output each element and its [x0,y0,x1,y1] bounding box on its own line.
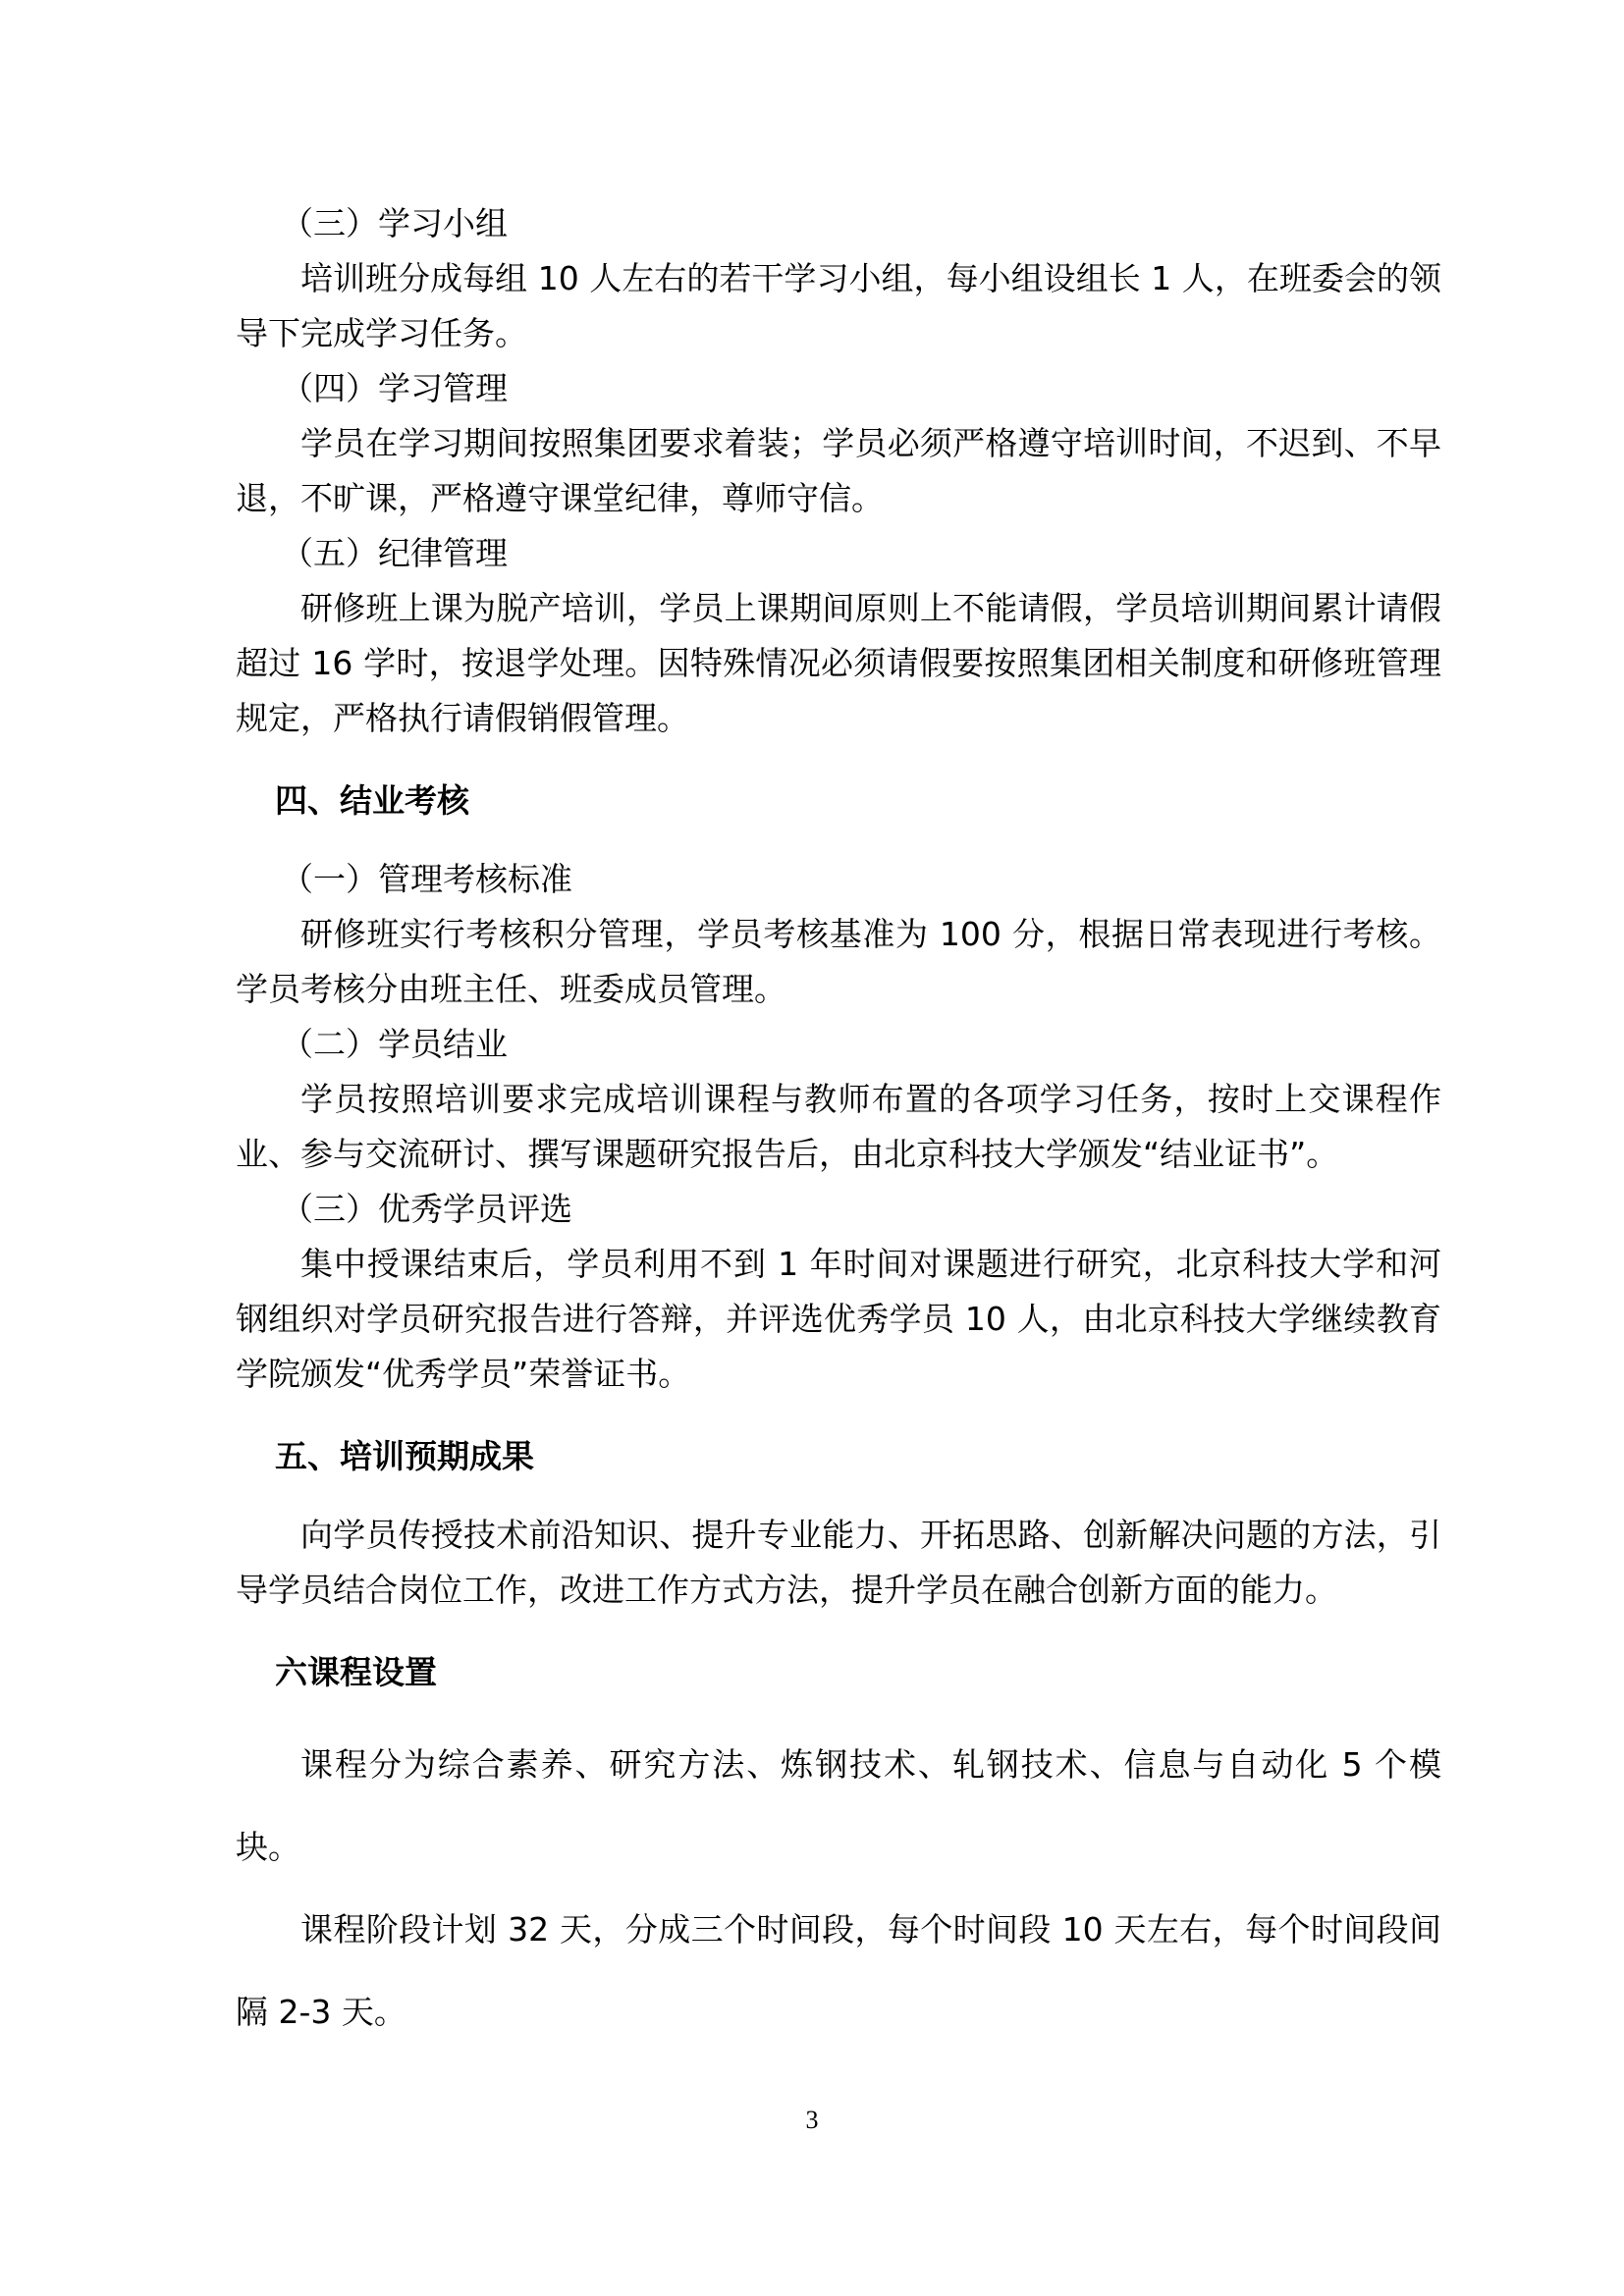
document-page: （三）学习小组 培训班分成每组 10 人左右的若干学习小组，每小组设组长 1 人… [236,196,1441,2054]
paragraph-expected-outcomes: 向学员传授技术前沿知识、提升专业能力、开拓思路、创新解决问题的方法，引导学员结合… [236,1508,1441,1618]
subheading-outstanding-students: （三）优秀学员评选 [236,1182,1441,1237]
paragraph-assessment-standard: 研修班实行考核积分管理，学员考核基准为 100 分，根据日常表现进行考核。学员考… [236,907,1441,1017]
page-number: 3 [0,2106,1624,2135]
subheading-discipline-management: （五）纪律管理 [236,526,1441,581]
heading-course-setup: 六课程设置 [236,1645,1441,1700]
paragraph-course-schedule: 课程阶段计划 32 天，分成三个时间段，每个时间段 10 天左右，每个时间段间隔… [236,1889,1441,2054]
subheading-assessment-standard: （一）管理考核标准 [236,852,1441,907]
subheading-study-management: （四）学习管理 [236,361,1441,416]
paragraph-study-management: 学员在学习期间按照集团要求着装；学员必须严格遵守培训时间，不迟到、不早退，不旷课… [236,416,1441,526]
paragraph-outstanding-students: 集中授课结束后，学员利用不到 1 年时间对课题进行研究，北京科技大学和河钢组织对… [236,1237,1441,1402]
subheading-study-groups: （三）学习小组 [236,196,1441,251]
subheading-graduation: （二）学员结业 [236,1017,1441,1072]
paragraph-discipline-management: 研修班上课为脱产培训，学员上课期间原则上不能请假，学员培训期间累计请假超过 16… [236,581,1441,746]
paragraph-graduation: 学员按照培训要求完成培训课程与教师布置的各项学习任务，按时上交课程作业、参与交流… [236,1072,1441,1182]
paragraph-course-modules: 课程分为综合素养、研究方法、炼钢技术、轧钢技术、信息与自动化 5 个模块。 [236,1724,1441,1889]
heading-expected-outcomes: 五、培训预期成果 [236,1429,1441,1484]
paragraph-study-groups: 培训班分成每组 10 人左右的若干学习小组，每小组设组长 1 人，在班委会的领导… [236,251,1441,361]
heading-completion-assessment: 四、结业考核 [236,774,1441,828]
